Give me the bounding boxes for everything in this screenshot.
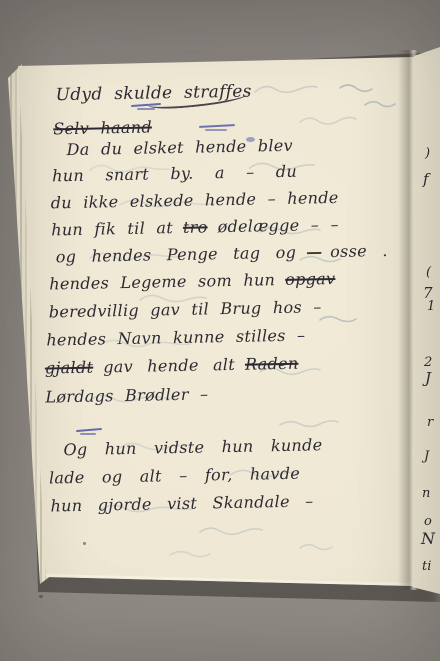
ink-blot: — <box>306 242 320 261</box>
blue-pencil-mark <box>205 129 227 131</box>
handwriting-line: gjaldtgav hende altRaden <box>45 354 309 378</box>
handwriting-fragment: r <box>427 415 433 430</box>
photograph: Udyd skulde straffes Selv haand Da du el… <box>0 0 440 661</box>
handwriting-line: hun fik til attroødelægge – – <box>51 215 349 240</box>
handwriting-text: beredvillig gav til Brug hos – <box>49 297 322 321</box>
handwriting-fragment: 2 <box>424 355 432 370</box>
handwriting-text: gav hende alt <box>103 355 235 377</box>
handwriting-fragment: n <box>422 486 430 501</box>
handwriting-text: og hendes Penge tag og <box>56 243 297 267</box>
manuscript-page: Udyd skulde straffes Selv haand Da du el… <box>0 0 440 661</box>
handwriting-text: hun snart by. a – du <box>52 162 297 186</box>
handwriting-line: hendes Legeme som hunopgav <box>49 269 345 294</box>
handwriting-text: hendes Navn kunne stilles – <box>46 326 305 350</box>
ink-speck <box>31 559 34 562</box>
handwriting-text: Lørdags Brødler – <box>45 384 208 406</box>
handwriting-fragment: ti <box>422 559 431 574</box>
struck-text: tro <box>183 217 208 236</box>
surface-speck <box>39 595 43 598</box>
handwriting-fragment: f <box>423 170 429 188</box>
handwriting-text: osse . <box>330 241 388 261</box>
handwriting-text: Og hun vidste hun kunde <box>63 435 322 459</box>
blue-pencil-mark <box>80 433 96 435</box>
handwriting-fragment: ( <box>426 265 431 280</box>
handwriting-text: du ikke elskede hende – hende <box>51 188 339 213</box>
ink-speck <box>26 546 32 554</box>
blue-pencil-mark <box>246 137 255 142</box>
handwriting-fragment: 1 <box>427 299 435 314</box>
handwriting-fragment: N <box>421 529 435 548</box>
struck-text: gjaldt <box>45 358 94 378</box>
struck-text: opgav <box>285 269 336 289</box>
handwriting-text: lade og alt – for, havde <box>49 464 300 488</box>
handwriting-line: Lørdags Brødler – <box>45 384 218 406</box>
handwriting-line: lade og alt – for, havde <box>49 463 310 487</box>
handwriting-text: hendes Legeme som hun <box>49 270 275 293</box>
handwriting-fragment: J <box>424 449 429 464</box>
ink-speck <box>83 542 86 545</box>
handwriting-fragment: o <box>424 514 432 529</box>
handwriting-line: du ikke elskede hende – hende <box>51 188 349 213</box>
struck-text: Selv haand <box>53 117 152 138</box>
handwriting-layer: Udyd skulde straffes Selv haand Da du el… <box>0 0 440 661</box>
handwriting-line: og hendes Penge tag og—osse . <box>56 241 398 267</box>
handwriting-line: hun snart by. a – du <box>52 161 307 185</box>
handwriting-line: hendes Navn kunne stilles – <box>46 325 315 349</box>
handwriting-line: Selv haand <box>53 117 162 138</box>
handwriting-text: hun gjorde vist Skandale – <box>50 491 313 515</box>
blue-pencil-mark <box>137 108 155 110</box>
handwriting-text: ødelægge – – <box>217 215 339 236</box>
handwriting-line: Og hun vidste hun kunde <box>63 435 332 459</box>
handwriting-text: Da du elsket hende blev <box>67 136 294 159</box>
handwriting-line: Da du elsket hende blev <box>67 136 304 160</box>
handwriting-text: hun fik til at <box>51 218 173 239</box>
struck-text: Raden <box>245 354 299 374</box>
handwriting-fragment: ) <box>425 146 430 161</box>
handwriting-line: hun gjorde vist Skandale – <box>50 491 323 515</box>
handwriting-fragment: J <box>425 369 431 387</box>
handwriting-line: beredvillig gav til Brug hos – <box>49 297 332 321</box>
